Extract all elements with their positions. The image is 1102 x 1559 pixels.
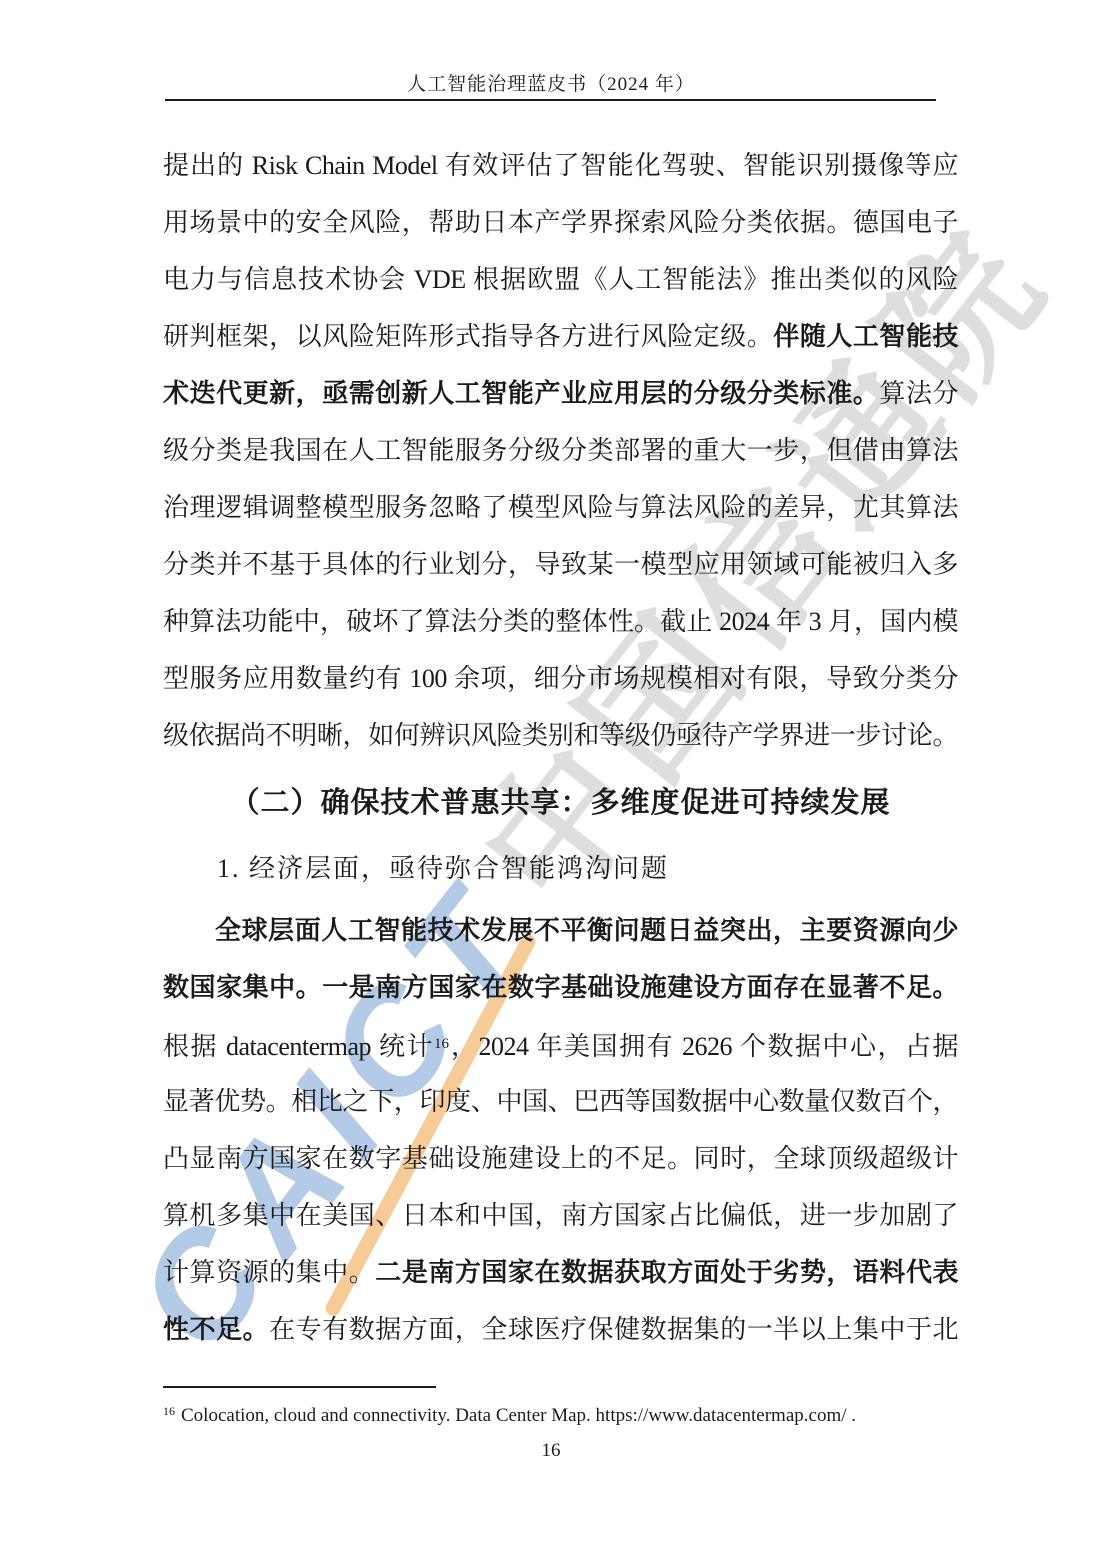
body-line: 研判框架，以风险矩阵形式指导各方进行风险定级。伴随人工智能技	[163, 308, 958, 365]
text-segment: 型服务应用数量约有 100 余项，细分市场规模相对有限，导致分类分	[163, 664, 958, 693]
text-segment: 在专有数据方面，全球医疗保健数据集的一半以上集中于北	[269, 1315, 958, 1344]
body-line: 术迭代更新，亟需创新人工智能产业应用层的分级分类标准。算法分	[163, 365, 958, 422]
body-line: 级依据尚不明晰，如何辨识风险类别和等级仍亟待产学界进一步讨论。	[163, 707, 958, 764]
text-segment: 分类并不基于具体的行业划分，导致某一模型应用领域可能被归入多	[163, 550, 958, 579]
body-line: 数国家集中。一是南方国家在数字基础设施建设方面存在显著不足。	[163, 959, 958, 1016]
bold-text-segment: 数国家集中。一是南方国家在数字基础设施建设方面存在显著不足。	[163, 972, 958, 1002]
text-segment: 电力与信息技术协会 VDE 根据欧盟《人工智能法》推出类似的风险	[163, 265, 958, 294]
text-segment: 提出的 Risk Chain Model 有效评估了智能化驾驶、智能识别摄像等应	[163, 151, 958, 180]
footnote-rule	[163, 1386, 436, 1388]
text-segment: 级依据尚不明晰，如何辨识风险类别和等级仍亟待产学界进一步讨论。	[163, 721, 958, 750]
body-line: 型服务应用数量约有 100 余项，细分市场规模相对有限，导致分类分	[163, 650, 958, 707]
text-segment: 根据 datacentermap 统计	[163, 1032, 434, 1061]
text-segment: 治理逻辑调整模型服务忽略了模型风险与算法风险的差异，尤其算法	[163, 493, 958, 522]
footnote-reference: 16	[434, 1036, 449, 1052]
bold-text-segment: 二是南方国家在数据获取方面处于劣势，语料代表	[375, 1257, 958, 1287]
text-segment: ，2024 年美国拥有 2626 个数据中心，占据	[449, 1032, 958, 1061]
text-segment: 种算法功能中，破坏了算法分类的整体性。截止 2024 年 3 月，国内模	[163, 607, 958, 636]
subsection-heading: 1. 经济层面，亟待弥合智能鸿沟问题	[163, 840, 958, 897]
body-line: 提出的 Risk Chain Model 有效评估了智能化驾驶、智能识别摄像等应	[163, 137, 958, 194]
paragraph-2: 全球层面人工智能技术发展不平衡问题日益突出，主要资源向少 数国家集中。一是南方国…	[163, 902, 958, 1358]
page-header-title: 人工智能治理蓝皮书（2024 年）	[0, 70, 1102, 100]
footnote: 16Colocation, cloud and connectivity. Da…	[163, 1398, 958, 1429]
body-line: 凸显南方国家在数字基础设施建设上的不足。同时，全球顶级超级计	[163, 1130, 958, 1187]
document-page: CAICT中国信通院 人工智能治理蓝皮书（2024 年） 提出的 Risk Ch…	[0, 0, 1102, 1559]
text-segment: 凸显南方国家在数字基础设施建设上的不足。同时，全球顶级超级计	[163, 1144, 958, 1173]
text-segment: 算机多集中在美国、日本和中国，南方国家占比偏低，进一步加剧了	[163, 1201, 958, 1230]
text-segment: 级分类是我国在人工智能服务分级分类部署的重大一步，但借由算法	[163, 436, 958, 465]
body-line: 显著优势。相比之下，印度、中国、巴西等国数据中心数量仅数百个，	[163, 1073, 958, 1130]
text-segment: 计算资源的集中。	[163, 1258, 375, 1287]
body-line: 性不足。在专有数据方面，全球医疗保健数据集的一半以上集中于北	[163, 1301, 958, 1358]
body-line: 分类并不基于具体的行业划分，导致某一模型应用领域可能被归入多	[163, 536, 958, 593]
text-segment: 显著优势。相比之下，印度、中国、巴西等国数据中心数量仅数百个，	[163, 1087, 958, 1116]
body-line: 全球层面人工智能技术发展不平衡问题日益突出，主要资源向少	[163, 902, 958, 959]
body-line: 电力与信息技术协会 VDE 根据欧盟《人工智能法》推出类似的风险	[163, 251, 958, 308]
body-line: 种算法功能中，破坏了算法分类的整体性。截止 2024 年 3 月，国内模	[163, 593, 958, 650]
bold-text-segment: 性不足。	[163, 1314, 269, 1344]
body-line: 算机多集中在美国、日本和中国，南方国家占比偏低，进一步加剧了	[163, 1187, 958, 1244]
bold-text-segment: 伴随人工智能技	[773, 321, 958, 351]
text-segment: 用场景中的安全风险，帮助日本产学界探索风险分类依据。德国电子	[163, 208, 958, 237]
bold-text-segment: 术迭代更新，亟需创新人工智能产业应用层的分级分类标准。	[163, 378, 879, 408]
header-rule	[165, 99, 936, 101]
footnote-number: 16	[163, 1404, 175, 1418]
bold-text-segment: 全球层面人工智能技术发展不平衡问题日益突出，主要资源向少	[215, 915, 958, 945]
page-content: 人工智能治理蓝皮书（2024 年） 提出的 Risk Chain Model 有…	[0, 0, 1102, 1559]
body-line: 计算资源的集中。二是南方国家在数据获取方面处于劣势，语料代表	[163, 1244, 958, 1301]
body-line: 用场景中的安全风险，帮助日本产学界探索风险分类依据。德国电子	[163, 194, 958, 251]
page-number: 16	[0, 1440, 1102, 1462]
text-segment: 算法分	[879, 379, 958, 408]
footnote-text: Colocation, cloud and connectivity. Data…	[181, 1405, 856, 1426]
body-line: 治理逻辑调整模型服务忽略了模型风险与算法风险的差异，尤其算法	[163, 479, 958, 536]
paragraph-1: 提出的 Risk Chain Model 有效评估了智能化驾驶、智能识别摄像等应…	[163, 137, 958, 764]
text-segment: 研判框架，以风险矩阵形式指导各方进行风险定级。	[163, 322, 773, 351]
body-line: 根据 datacentermap 统计16，2024 年美国拥有 2626 个数…	[163, 1016, 958, 1073]
body-line: 级分类是我国在人工智能服务分级分类部署的重大一步，但借由算法	[163, 422, 958, 479]
section-heading: （二）确保技术普惠共享：多维度促进可持续发展	[163, 775, 958, 832]
